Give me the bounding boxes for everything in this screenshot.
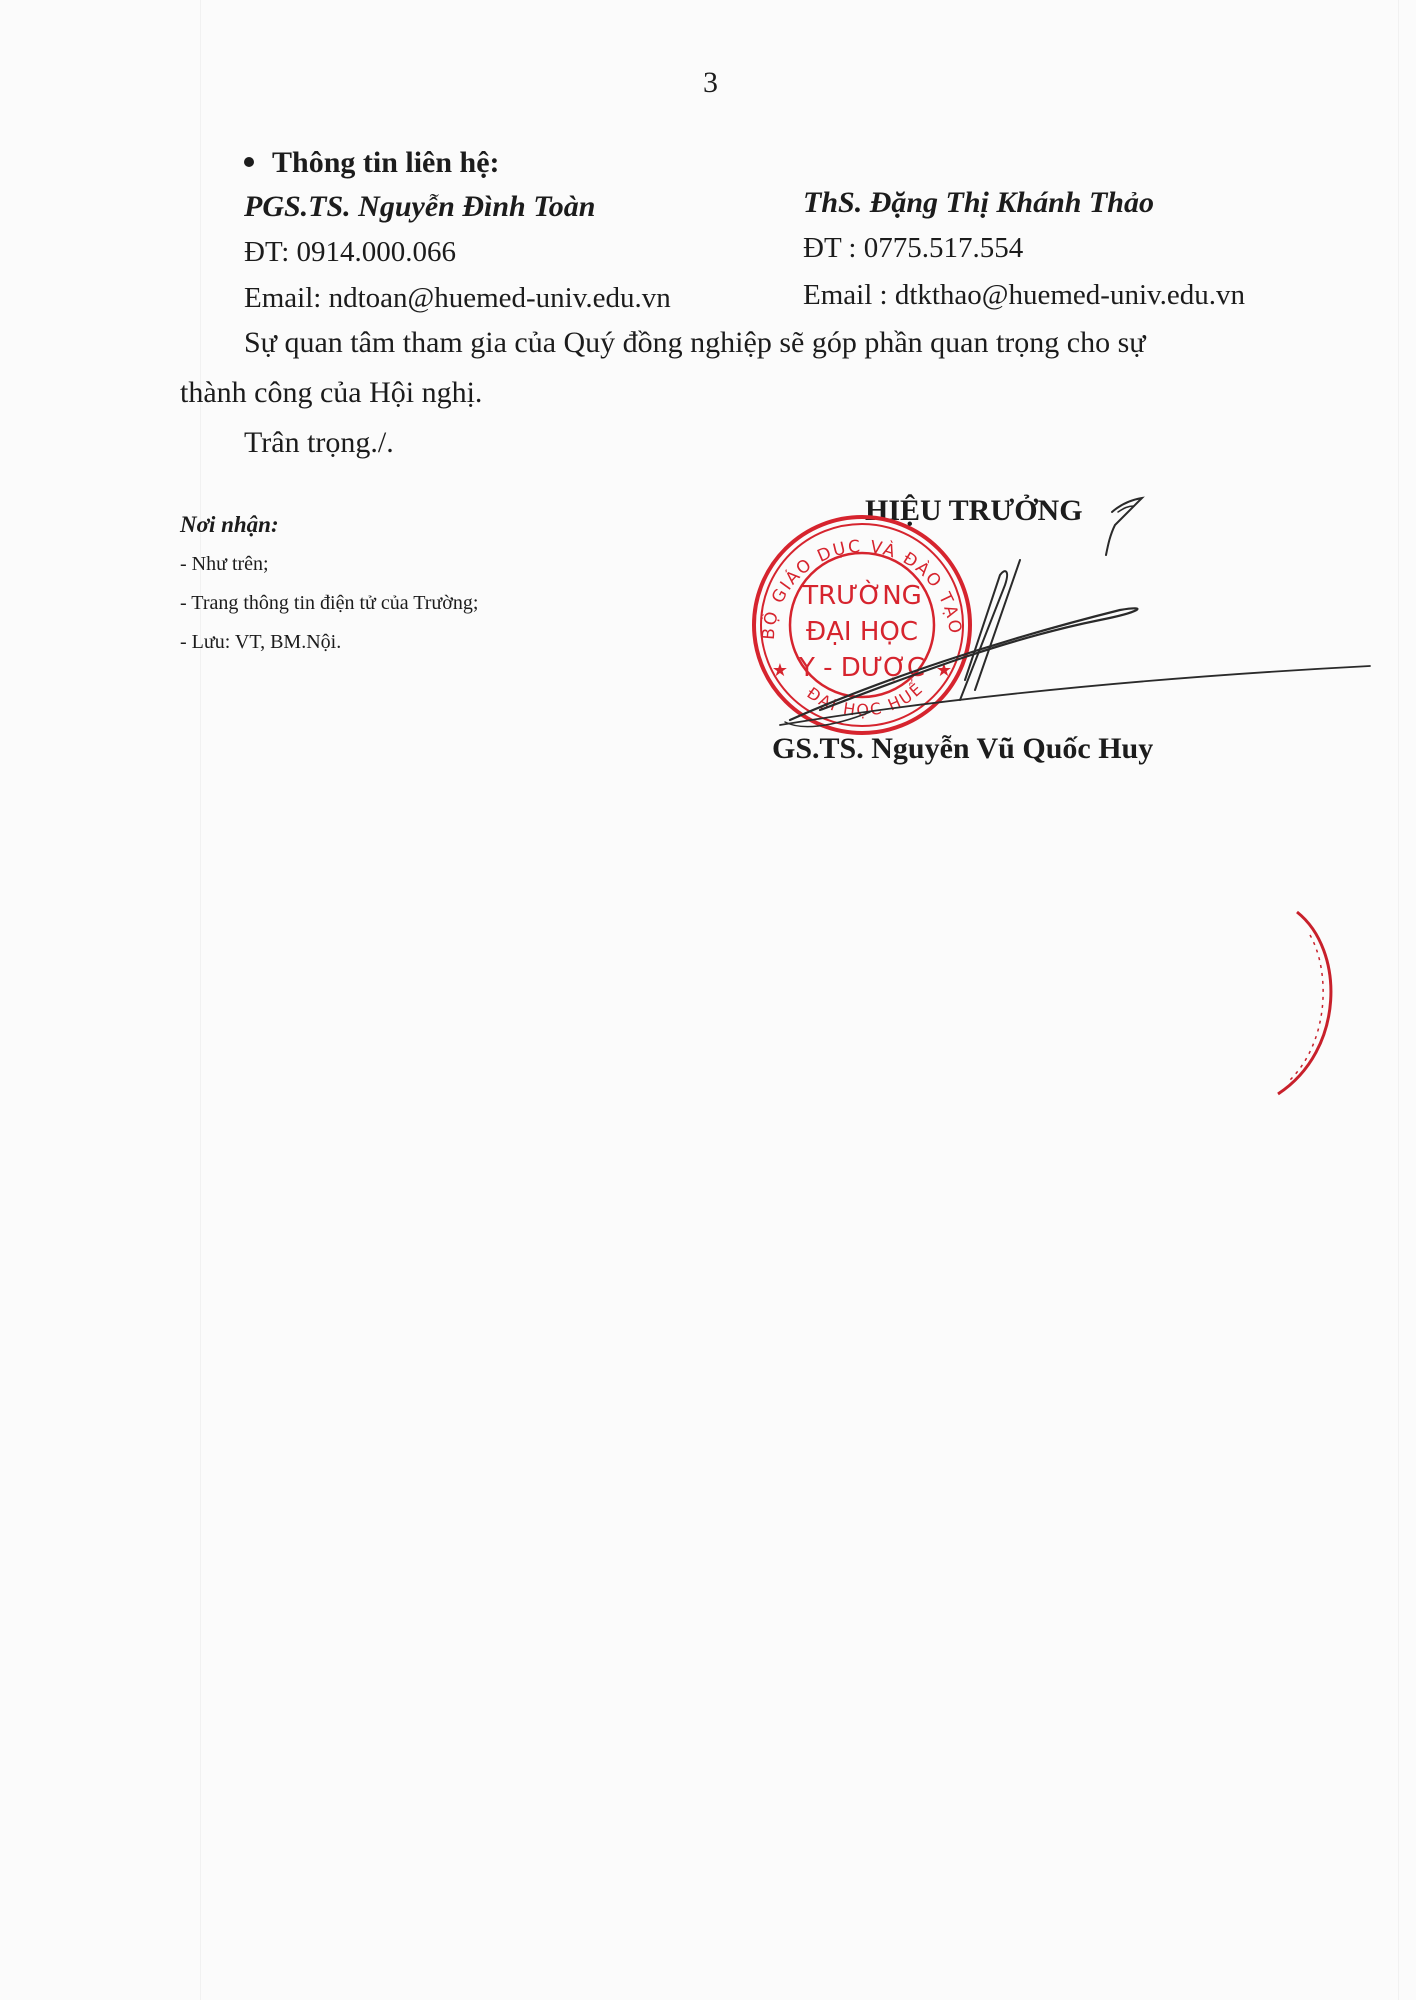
page-number: 3 <box>703 66 718 100</box>
contact-heading-text: Thông tin liên hệ: <box>272 146 500 179</box>
stamp-inner-line-1: TRƯỜNG <box>801 579 922 611</box>
signature-title: HIỆU TRƯỞNG <box>865 494 1083 528</box>
signatory-name: GS.TS. Nguyễn Vũ Quốc Huy <box>772 732 1153 766</box>
bullet-icon <box>244 157 254 167</box>
body-paragraph-line-1: Sự quan tâm tham gia của Quý đồng nghiệp… <box>244 326 1146 360</box>
stamp-outer-bottom-text: ĐẠI HỌC HUẾ <box>803 677 927 720</box>
contact-heading: Thông tin liên hệ: <box>244 146 500 180</box>
star-icon: ★ <box>936 660 952 681</box>
contact-2-email: Email : dtkthao@huemed-univ.edu.vn <box>803 279 1245 312</box>
contact-2-name: ThS. Đặng Thị Khánh Thảo <box>803 186 1154 220</box>
recipient-item: - Trang thông tin điện tử của Trường; <box>180 592 478 615</box>
contact-2-phone: ĐT : 0775.517.554 <box>803 232 1023 265</box>
contact-1-name: PGS.TS. Nguyễn Đình Toàn <box>244 190 595 224</box>
recipient-item: - Lưu: VT, BM.Nội. <box>180 631 341 654</box>
svg-text:ĐẠI HỌC HUẾ: ĐẠI HỌC HUẾ <box>803 677 927 720</box>
scan-artifact-line <box>200 0 201 2000</box>
official-stamp: BỘ GIÁO DỤC VÀ ĐÀO TẠO ĐẠI HỌC HUẾ TRƯỜN… <box>754 517 970 733</box>
stamp-inner-line-2: ĐẠI HỌC <box>806 617 918 647</box>
partial-stamp-arc <box>1278 912 1331 1094</box>
scan-artifact-line <box>1398 0 1399 2000</box>
recipient-item: - Như trên; <box>180 553 269 576</box>
recipients-title: Nơi nhận: <box>180 512 279 538</box>
stamp-inner-line-3: Y - DƯỢC <box>798 653 925 683</box>
contact-1-phone: ĐT: 0914.000.066 <box>244 236 456 269</box>
star-icon: ★ <box>772 660 788 681</box>
body-paragraph-line-2: thành công của Hội nghị. <box>180 376 482 410</box>
closing-text: Trân trọng./. <box>244 426 394 460</box>
contact-1-email: Email: ndtoan@huemed-univ.edu.vn <box>244 282 671 315</box>
svg-text:BỘ GIÁO DỤC VÀ ĐÀO TẠO: BỘ GIÁO DỤC VÀ ĐÀO TẠO <box>758 537 965 641</box>
stamp-outer-top-text: BỘ GIÁO DỤC VÀ ĐÀO TẠO <box>758 537 965 641</box>
handwritten-signature <box>780 498 1370 727</box>
